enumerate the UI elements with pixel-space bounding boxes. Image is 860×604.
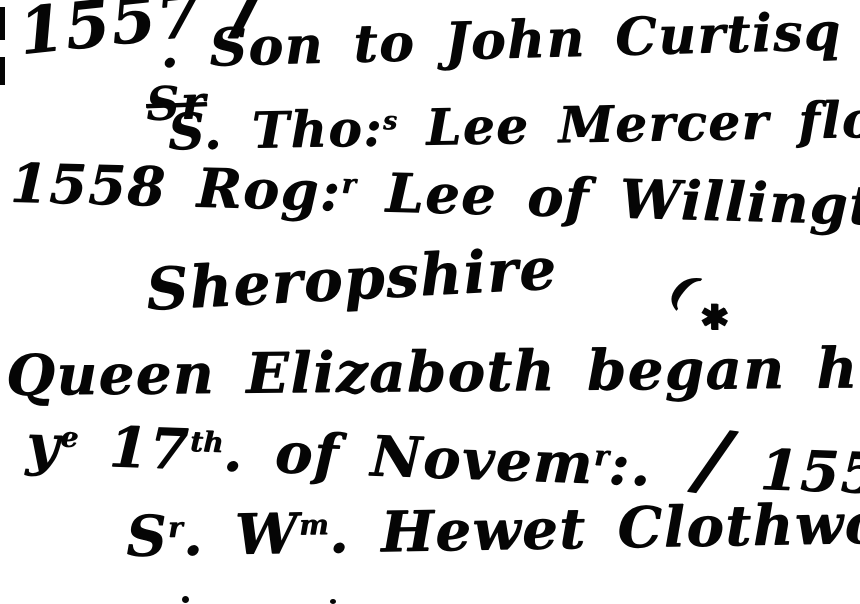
date-slash-stroke: / [694, 427, 734, 496]
sir-abbreviation: S [125, 503, 168, 570]
abbreviation-dot: . [182, 503, 204, 569]
lee-mercer-text: Lee Mercer flo [397, 90, 860, 157]
entry-line-17-november-1558: ye 17th. of Novemr:./ 1558 [25, 404, 860, 507]
entry-line-shropshire: Sheropshire [145, 237, 559, 322]
scan-edge-artifact [0, 7, 5, 40]
tho-superscript-s: s [383, 106, 398, 135]
year-1558-text: 1558 [9, 151, 167, 219]
day-number: 17 [77, 413, 191, 483]
scan-edge-artifact [0, 57, 5, 85]
ye-abbreviation: y [25, 411, 61, 478]
marginal-curve-mark: ( [661, 262, 703, 317]
ye-superscript-e: e [60, 420, 79, 454]
november-superscript-r: r [594, 439, 610, 472]
stray-ink-dot [330, 599, 336, 604]
day-superscript-th: th [190, 425, 224, 459]
entry-line-roger-lee-willington: 1558 Rog:r Lee of Willington [9, 154, 860, 238]
roger-superscript-r: r [341, 169, 356, 200]
sir-superscript-r: r [168, 511, 183, 544]
roger-abbreviation: Rog: [196, 156, 342, 224]
lee-of-willington-text: Lee of Willington [355, 160, 860, 240]
of-november-text: . of Novem [222, 418, 595, 497]
marginal-star-mark: ✱ [700, 298, 729, 338]
william-abbreviation: W [203, 501, 300, 569]
stray-ink-dot [182, 596, 189, 603]
manuscript-scan-page: 1557 / . Son to John Curtisq Sr S. Tho:s… [0, 0, 860, 604]
entry-line-thos-lee-mercer: S. Tho:s Lee Mercer flo [168, 92, 860, 159]
hewet-clothworker-text: . Hewet Clothwor [328, 490, 860, 566]
november-colon: :. [607, 432, 652, 499]
spacing-gap [651, 485, 697, 487]
william-superscript-m: m [299, 508, 329, 542]
entry-line-queen-elizabeth: Queen Elizaboth began hi [6, 338, 860, 407]
entry-line-sir-william-hewet: Sr. Wm. Hewet Clothwor [126, 493, 860, 568]
tho-abbreviation: S. Tho: [168, 98, 384, 161]
